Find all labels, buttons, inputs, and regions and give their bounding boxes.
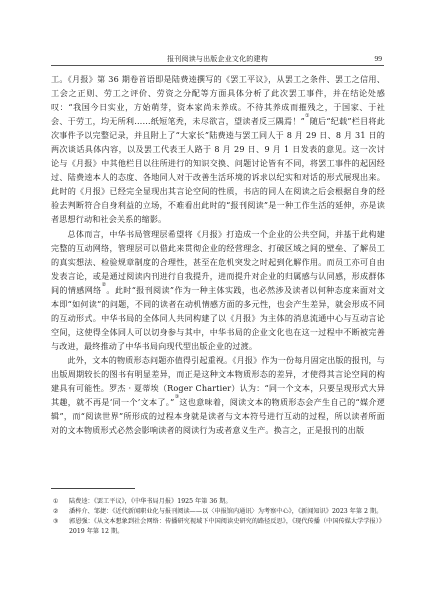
running-header: 报刊阅读与出版企业文化的建构 99 [51,53,384,66]
footnote-1: ① 陆费逵：《罢工平议》，《中华书局月报》1925 年第 36 期。 [51,497,385,507]
paragraph-text: 随后“纪载”栏目将此次事件予以完整记录，并且附上了“大家长”陆费逵与罢工同人于 … [51,116,385,224]
paragraph-3: 此外，文本的物质形态问题亦值得引起重视。《月报》作为一份每月固定出版的报刊，与出… [51,353,385,437]
page-number: 99 [375,54,383,63]
footnote-text: 郭恩强：《从文本想象到社会网络：传播研究视域下中国阅读史研究的路径反思》，《现代… [69,517,385,537]
paragraph-2: 总体而言，中华书局管理层希望将《月报》打造成一个企业的公共空间，并基于此构建完整… [51,227,385,353]
footnote-text: 潘梓介、邹捷：《近代新闻职业化与报刊阅读——以〈申报馆内通讯〉为考察中心》，《新… [69,507,385,517]
running-title: 报刊阅读与出版企业文化的建构 [51,54,384,64]
footnote-3: ③ 郭恩强：《从文本想象到社会网络：传播研究视域下中国阅读史研究的路径反思》，《… [51,517,385,537]
footnote-number: ② [51,507,69,517]
footnote-ref-2[interactable]: ② [102,282,107,288]
footnote-divider [51,488,135,489]
footnote-2: ② 潘梓介、邹捷：《近代新闻职业化与报刊阅读——以〈申报馆内通讯〉为考察中心》，… [51,507,385,517]
footnote-text: 陆费逵：《罢工平议》，《中华书局月报》1925 年第 36 期。 [69,497,385,507]
footnote-number: ① [51,497,69,507]
footnotes: ① 陆费逵：《罢工平议》，《中华书局月报》1925 年第 36 期。 ② 潘梓介… [51,497,385,537]
footnote-ref-3[interactable]: ③ [174,394,179,400]
body-text: 工。《月报》第 36 期卷首语即是陆费逵撰写的《罢工平议》，从罢工之条件、罢工之… [51,72,385,437]
footnote-ref-1[interactable]: ① [305,113,310,119]
footnote-number: ③ [51,517,69,537]
paragraph-1: 工。《月报》第 36 期卷首语即是陆费逵撰写的《罢工平议》，从罢工之条件、罢工之… [51,72,385,227]
